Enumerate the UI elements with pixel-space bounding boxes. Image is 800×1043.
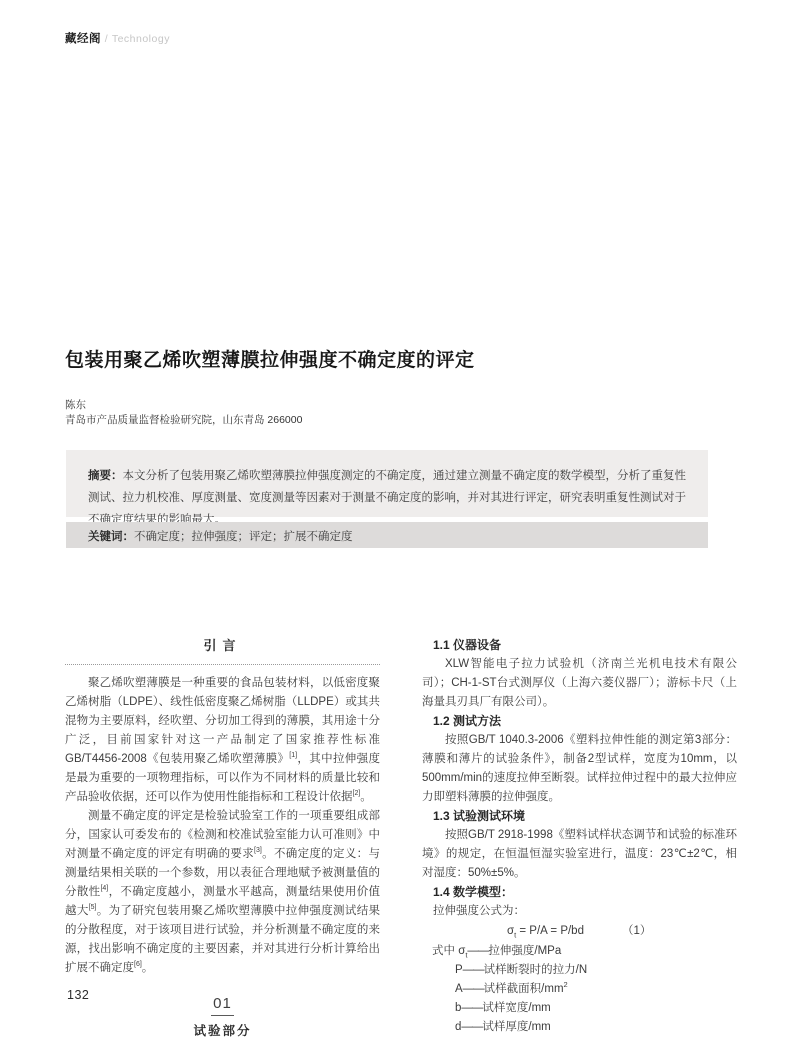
keywords-label: 关键词： bbox=[88, 531, 134, 543]
subsection-body-1-1: XLW智能电子拉力试验机（济南兰光机电技术有限公司）；CH-1-ST台式测厚仪（… bbox=[422, 655, 737, 712]
article-affiliation: 青岛市产品质量监督检验研究院，山东青岛 266000 bbox=[65, 412, 302, 427]
section-title: 试验部分 bbox=[65, 1022, 380, 1043]
abstract-label: 摘要： bbox=[88, 470, 123, 482]
subsection-heading-1-1: 1.1 仪器设备 bbox=[422, 636, 737, 655]
where-prefix: 式中 bbox=[432, 945, 458, 957]
left-column: 引言 聚乙烯吹塑薄膜是一种重要的食品包装材料，以低密度聚乙烯树脂（LDPE）、线… bbox=[65, 636, 380, 1043]
article-author: 陈东 bbox=[65, 397, 86, 412]
def-desc: 拉伸强度/MPa bbox=[488, 945, 561, 957]
def-desc: 试样断裂时的拉力/N bbox=[484, 964, 588, 976]
formula-def-A: A——试样截面积/mm2 bbox=[422, 980, 737, 999]
formula-body: = P/A = P/bd bbox=[516, 925, 584, 937]
keywords-box: 关键词：不确定度；拉伸强度；评定；扩展不确定度 bbox=[66, 522, 708, 548]
subsection-heading-1-2: 1.2 测试方法 bbox=[422, 712, 737, 731]
intro-divider bbox=[65, 664, 380, 665]
section-number-wrap: 01 bbox=[65, 994, 380, 1016]
def-desc: 试样截面积/mm bbox=[484, 983, 564, 995]
def-dash: —— bbox=[467, 945, 488, 957]
page-number: 132 bbox=[67, 988, 89, 1002]
article-title: 包装用聚乙烯吹塑薄膜拉伸强度不确定度的评定 bbox=[65, 345, 725, 372]
masthead-divider: / bbox=[105, 33, 108, 45]
body-columns: 引言 聚乙烯吹塑薄膜是一种重要的食品包装材料，以低密度聚乙烯树脂（LDPE）、线… bbox=[65, 636, 737, 1043]
subsection-body-1-3: 按照GB/T 2918-1998《塑料试样状态调节和试验的标准环境》的规定，在恒… bbox=[422, 826, 737, 883]
formula-def-b: b——试样宽度/mm bbox=[422, 999, 737, 1018]
paragraph-text: 聚乙烯吹塑薄膜是一种重要的食品包装材料，以低密度聚乙烯树脂（LDPE）、线性低密… bbox=[65, 677, 380, 765]
def-desc: 试样厚度/mm bbox=[482, 1021, 550, 1033]
formula: σt = P/A = P/bd（1） bbox=[422, 922, 737, 941]
def-dash: —— bbox=[463, 983, 484, 995]
formula-expression: σt = P/A = P/bd bbox=[507, 925, 584, 937]
subsection-body-1-2: 按照GB/T 1040.3-2006《塑料拉伸性能的测定第3部分：薄膜和薄片的试… bbox=[422, 731, 737, 807]
def-dash: —— bbox=[461, 1021, 482, 1033]
def-desc: 试样宽度/mm bbox=[482, 1002, 550, 1014]
citation-ref: [1] bbox=[289, 752, 297, 759]
subsection-heading-1-3: 1.3 试验测试环境 bbox=[422, 807, 737, 826]
subsection-heading-1-4: 1.4 数学模型： bbox=[422, 883, 737, 902]
formula-def-sigma: 式中 σt——拉伸强度/MPa bbox=[422, 942, 737, 961]
right-column: 1.1 仪器设备 XLW智能电子拉力试验机（济南兰光机电技术有限公司）；CH-1… bbox=[422, 636, 737, 1043]
abstract-text: 本文分析了包装用聚乙烯吹塑薄膜拉伸强度测定的不确定度，通过建立测量不确定度的数学… bbox=[88, 470, 686, 526]
masthead-section-cn: 藏经阁 bbox=[65, 33, 101, 45]
formula-lead: 拉伸强度公式为： bbox=[422, 902, 737, 921]
abstract-box: 摘要：本文分析了包装用聚乙烯吹塑薄膜拉伸强度测定的不确定度，通过建立测量不确定度… bbox=[66, 450, 708, 517]
section-number: 01 bbox=[211, 994, 234, 1016]
citation-ref: [6] bbox=[134, 961, 142, 968]
masthead-section-en: Technology bbox=[112, 33, 170, 45]
keywords-text: 不确定度；拉伸强度；评定；扩展不确定度 bbox=[134, 531, 353, 543]
intro-heading: 引言 bbox=[65, 636, 380, 664]
formula-def-d: d——试样厚度/mm bbox=[422, 1018, 737, 1037]
intro-paragraph-1: 聚乙烯吹塑薄膜是一种重要的食品包装材料，以低密度聚乙烯树脂（LDPE）、线性低密… bbox=[65, 674, 380, 807]
def-superscript: 2 bbox=[564, 980, 568, 989]
journal-page: 藏经阁 / Technology 包装用聚乙烯吹塑薄膜拉伸强度不确定度的评定 陈… bbox=[0, 0, 800, 1043]
paragraph-text: 。 bbox=[360, 791, 372, 803]
paragraph-text: 。为了研究包装用聚乙烯吹塑薄膜中拉伸强度测试结果的分散程度，对于该项目进行试验，… bbox=[65, 905, 380, 974]
formula-def-P: P——试样断裂时的拉力/N bbox=[422, 961, 737, 980]
def-dash: —— bbox=[461, 1002, 482, 1014]
citation-ref: [3] bbox=[254, 847, 262, 854]
paragraph-text: 。 bbox=[142, 962, 154, 974]
intro-paragraph-2: 测量不确定度的评定是检验试验室工作的一项重要组成部分，国家认可委发布的《检测和校… bbox=[65, 807, 380, 978]
def-symbol: P bbox=[455, 964, 463, 976]
formula-number: （1） bbox=[622, 925, 651, 937]
def-symbol: A bbox=[455, 983, 463, 995]
masthead: 藏经阁 / Technology bbox=[65, 30, 170, 46]
def-dash: —— bbox=[463, 964, 484, 976]
